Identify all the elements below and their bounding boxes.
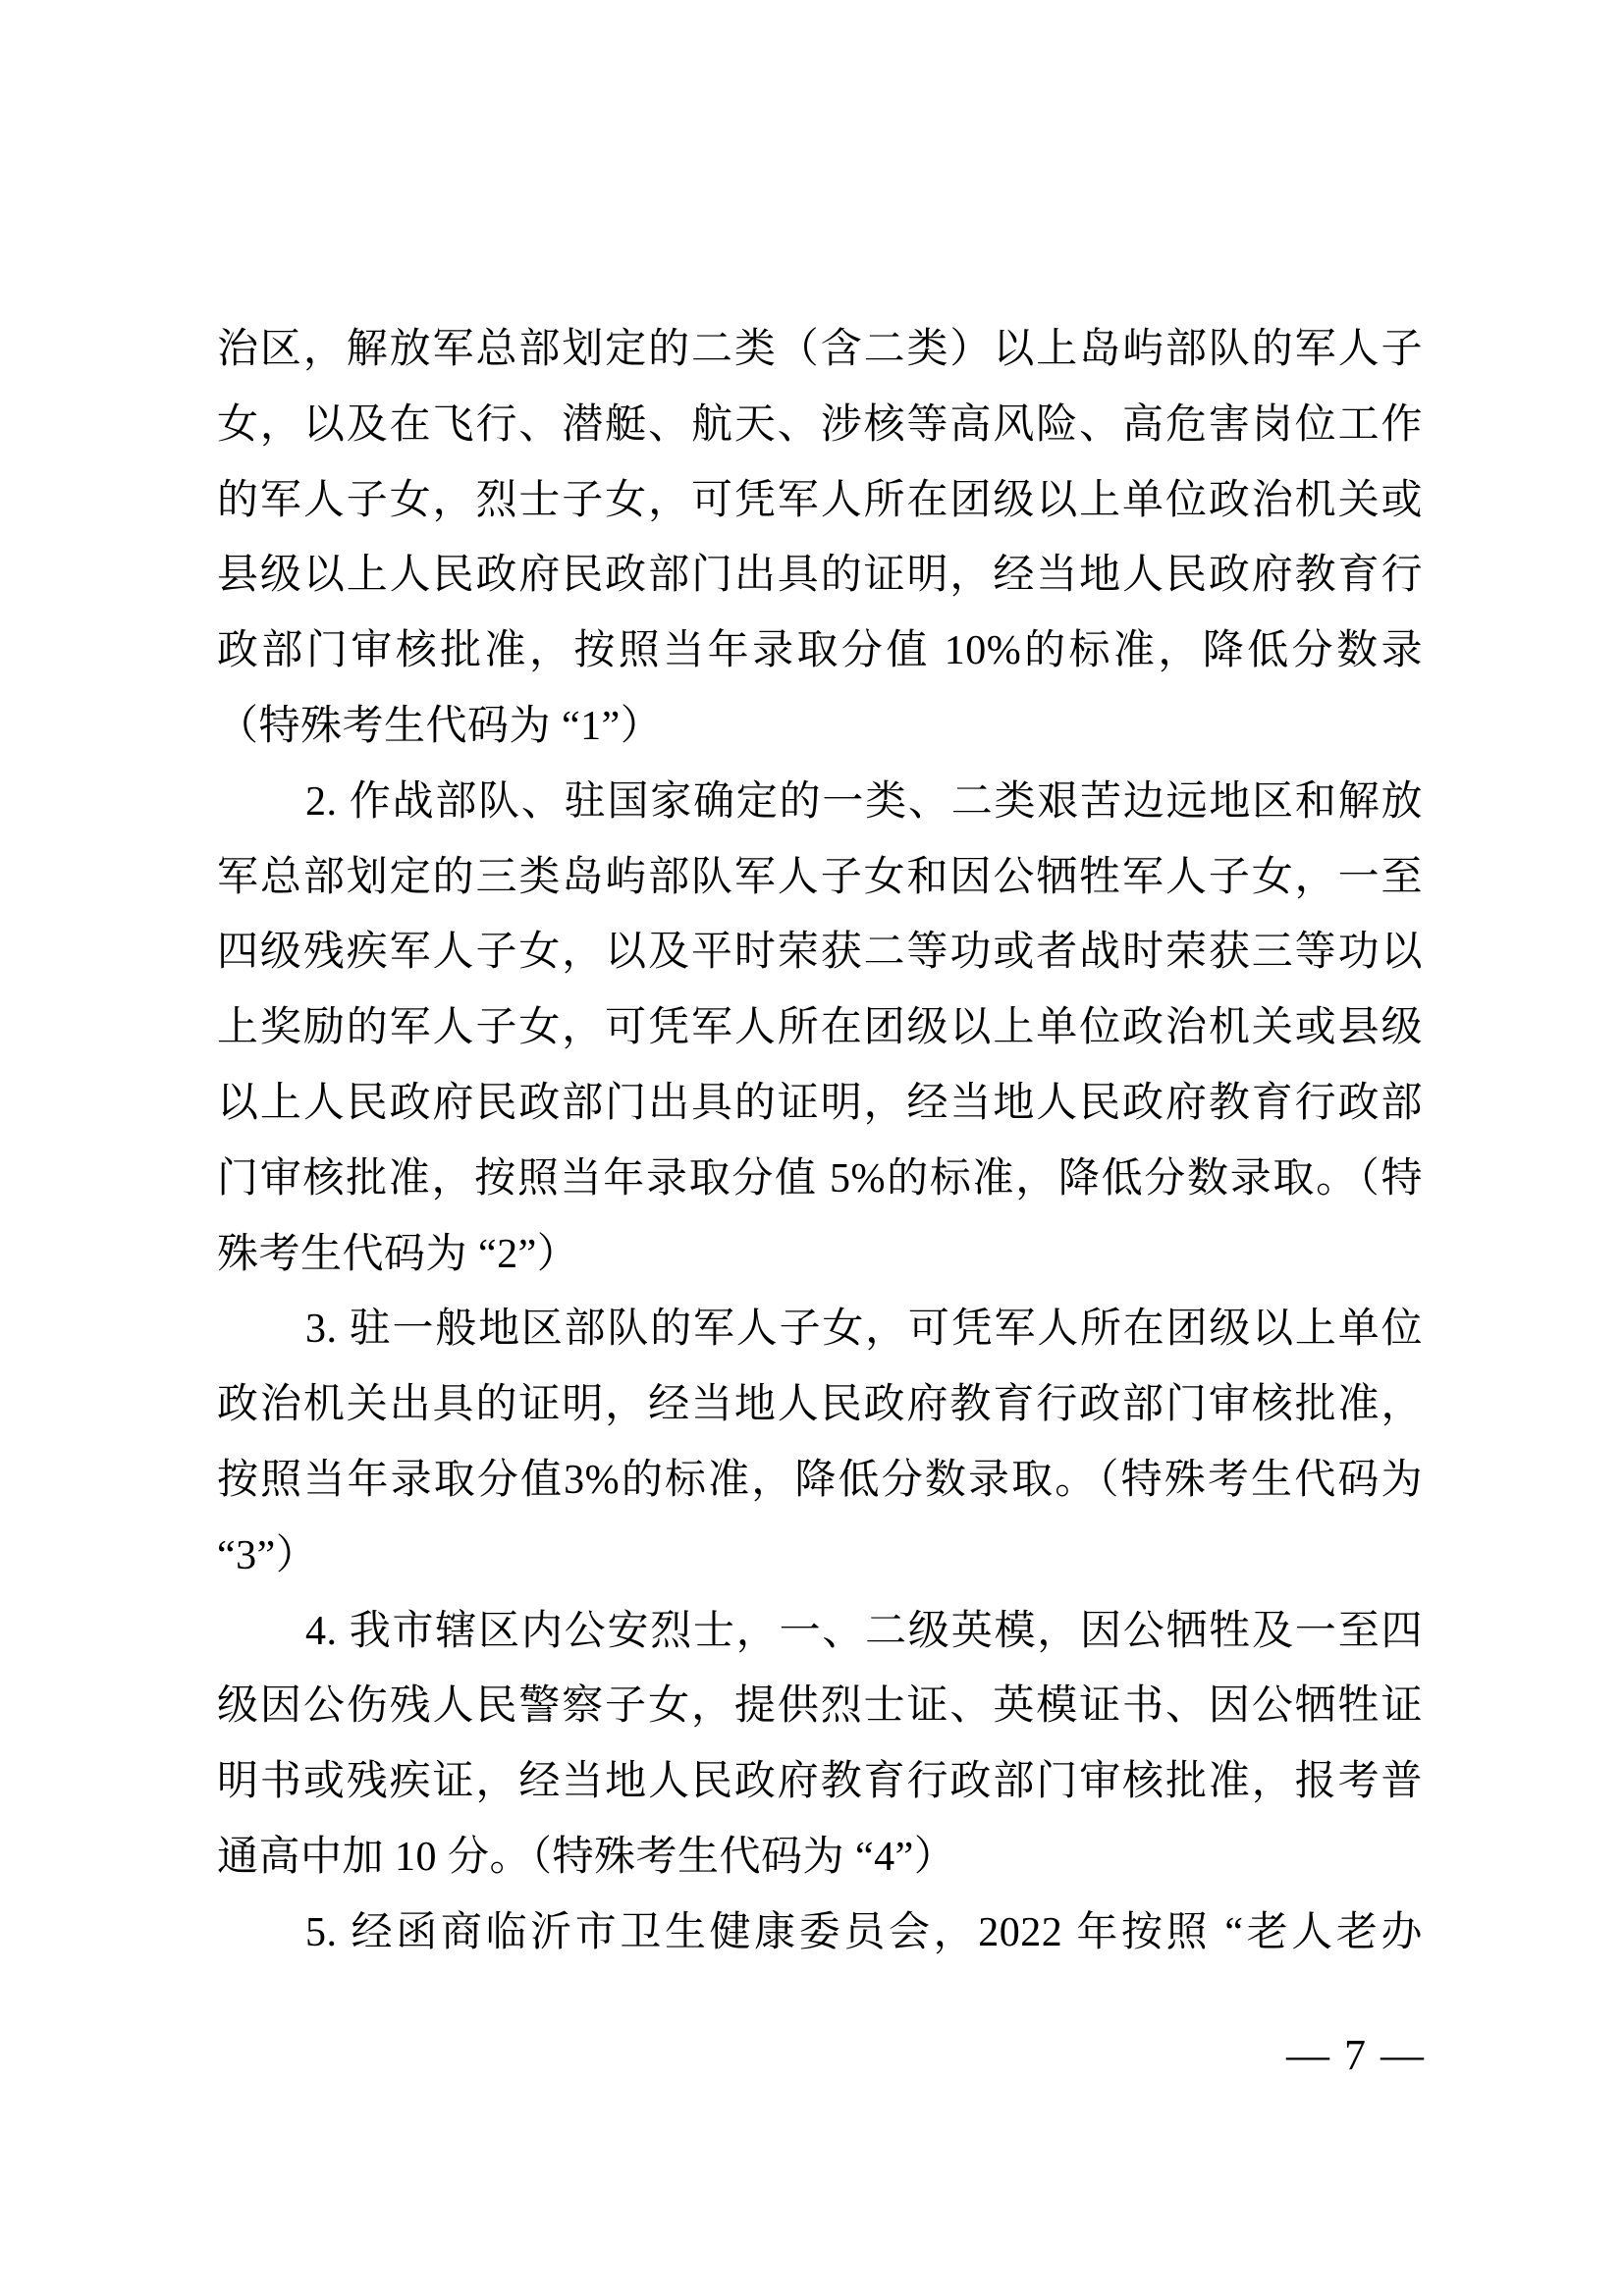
- text-line: 政治机关出具的证明，经当地人民政府教育行政部门审核批准，: [217, 1367, 1423, 1443]
- document-page: 治区，解放军总部划定的二类（含二类）以上岛屿部队的军人子女，以及在飞行、潜艇、航…: [0, 0, 1624, 2296]
- text-line: 按照当年录取分值3%的标准，降低分数录取。（特殊考生代码为: [217, 1443, 1423, 1519]
- document-body: 治区，解放军总部划定的二类（含二类）以上岛屿部队的军人子女，以及在飞行、潜艇、航…: [217, 312, 1423, 1971]
- text-line: 门审核批准，按照当年录取分值 5%的标准，降低分数录取。（特: [217, 1142, 1423, 1217]
- text-line: 5. 经函商临沂市卫生健康委员会，2022 年按照 “老人老办: [217, 1896, 1423, 1971]
- page-number: — 7 —: [1286, 2026, 1426, 2085]
- text-line: 四级残疾军人子女，以及平时荣获二等功或者战时荣获三等功以: [217, 915, 1423, 990]
- text-line: 殊考生代码为 “2”）: [217, 1217, 1423, 1293]
- text-line: 3. 驻一般地区部队的军人子女，可凭军人所在团级以上单位: [217, 1292, 1423, 1367]
- text-line: 的军人子女，烈士子女，可凭军人所在团级以上单位政治机关或: [217, 463, 1423, 539]
- text-line: （特殊考生代码为 “1”）: [217, 689, 1423, 765]
- text-line: 军总部划定的三类岛屿部队军人子女和因公牺牲军人子女，一至: [217, 840, 1423, 916]
- text-line: 4. 我市辖区内公安烈士，一、二级英模，因公牺牲及一至四: [217, 1594, 1423, 1670]
- text-line: “3”）: [217, 1519, 1423, 1594]
- text-line: 级因公伤残人民警察子女，提供烈士证、英模证书、因公牺牲证: [217, 1669, 1423, 1744]
- text-line: 政部门审核批准，按照当年录取分值 10%的标准，降低分数录取。: [217, 614, 1423, 689]
- text-line: 明书或残疾证，经当地人民政府教育行政部门审核批准，报考普: [217, 1744, 1423, 1820]
- text-line: 以上人民政府民政部门出具的证明，经当地人民政府教育行政部: [217, 1066, 1423, 1142]
- text-line: 上奖励的军人子女，可凭军人所在团级以上单位政治机关或县级: [217, 990, 1423, 1066]
- text-line: 女，以及在飞行、潜艇、航天、涉核等高风险、高危害岗位工作: [217, 388, 1423, 463]
- text-line: 县级以上人民政府民政部门出具的证明，经当地人民政府教育行: [217, 538, 1423, 614]
- text-line: 2. 作战部队、驻国家确定的一类、二类艰苦边远地区和解放: [217, 765, 1423, 840]
- text-line: 通高中加 10 分。（特殊考生代码为 “4”）: [217, 1820, 1423, 1896]
- text-line: 治区，解放军总部划定的二类（含二类）以上岛屿部队的军人子: [217, 312, 1423, 388]
